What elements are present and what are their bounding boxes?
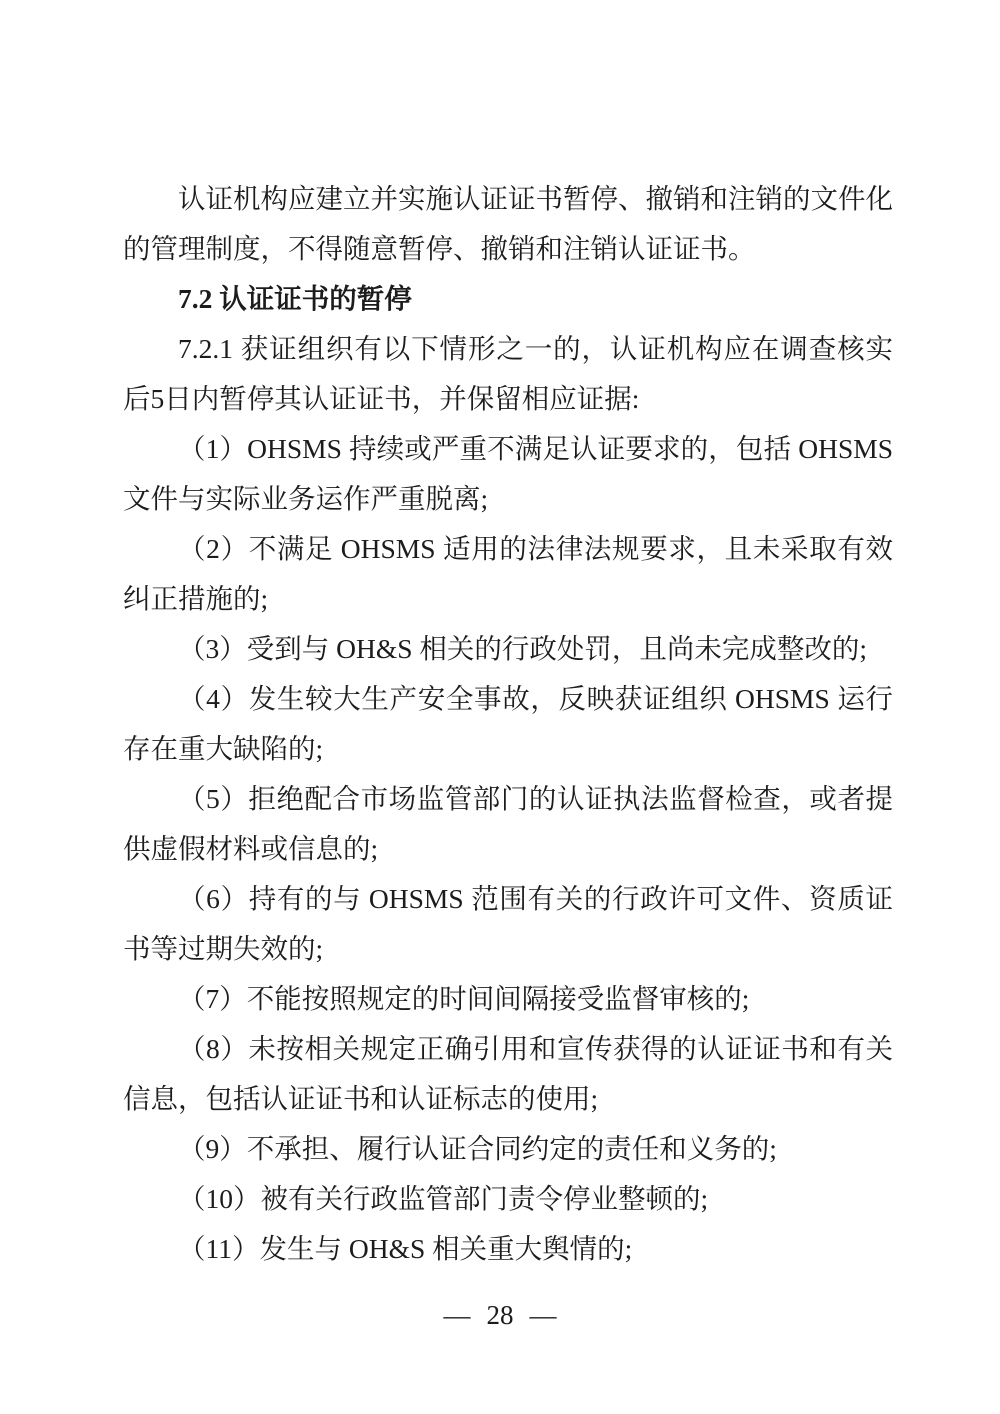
footer-dash-right: — (530, 1300, 557, 1330)
list-item: （4）发生较大生产安全事故，反映获证组织 OHSMS 运行存在重大缺陷的; (123, 674, 893, 774)
list-item: （11）发生与 OH&S 相关重大舆情的; (123, 1224, 893, 1274)
page-number: 28 (487, 1300, 514, 1330)
section-heading: 7.2 认证证书的暂停 (123, 274, 893, 324)
list-item: （9）不承担、履行认证合同约定的责任和义务的; (123, 1124, 893, 1174)
clause-paragraph: 7.2.1 获证组织有以下情形之一的，认证机构应在调查核实后5日内暂停其认证证书… (123, 324, 893, 424)
list-item: （1）OHSMS 持续或严重不满足认证要求的，包括 OHSMS 文件与实际业务运… (123, 424, 893, 524)
list-item: （7）不能按照规定的时间间隔接受监督审核的; (123, 974, 893, 1024)
list-item: （6）持有的与 OHSMS 范围有关的行政许可文件、资质证书等过期失效的; (123, 874, 893, 974)
document-page: 认证机构应建立并实施认证证书暂停、撤销和注销的文件化的管理制度，不得随意暂停、撤… (0, 0, 1000, 1414)
document-body: 认证机构应建立并实施认证证书暂停、撤销和注销的文件化的管理制度，不得随意暂停、撤… (123, 174, 893, 1274)
list-item: （10）被有关行政监管部门责令停业整顿的; (123, 1174, 893, 1224)
list-item: （3）受到与 OH&S 相关的行政处罚，且尚未完成整改的; (123, 624, 893, 674)
footer-dash-left: — (444, 1300, 471, 1330)
list-item: （2）不满足 OHSMS 适用的法律法规要求，且未采取有效纠正措施的; (123, 524, 893, 624)
intro-paragraph: 认证机构应建立并实施认证证书暂停、撤销和注销的文件化的管理制度，不得随意暂停、撤… (123, 174, 893, 274)
list-item: （5）拒绝配合市场监管部门的认证执法监督检查，或者提供虚假材料或信息的; (123, 774, 893, 874)
page-footer: —28— (0, 1293, 1000, 1337)
list-item: （8）未按相关规定正确引用和宣传获得的认证证书和有关信息，包括认证证书和认证标志… (123, 1024, 893, 1124)
